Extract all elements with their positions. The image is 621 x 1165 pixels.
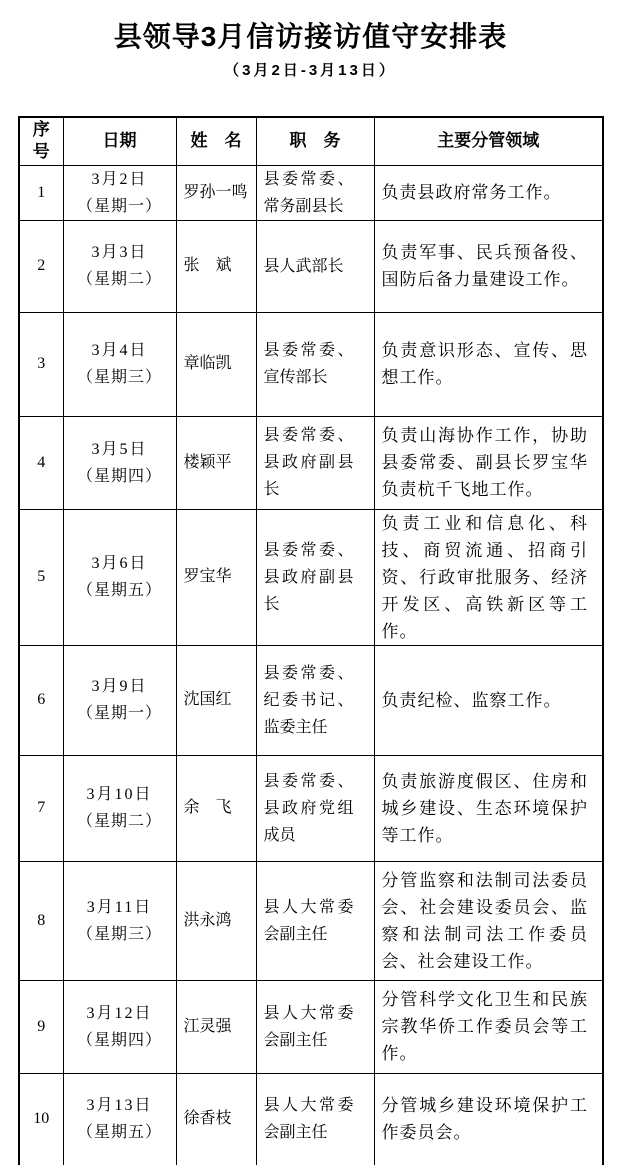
officer-position: 县委常委、宣传部长 (256, 312, 374, 416)
page-subtitle: （3月2日-3月13日） (0, 61, 621, 81)
weekday-text: （星期四） (66, 1027, 174, 1054)
table-row: 1 3月2日（星期一） 罗孙一鸣 县委常委、常务副县长 负责县政府常务工作。 (19, 165, 603, 220)
date-text: 3月6日 (66, 550, 174, 577)
officer-name: 罗孙一鸣 (176, 165, 256, 220)
row-index: 9 (19, 980, 63, 1073)
row-index: 4 (19, 416, 63, 509)
officer-name: 章临凯 (176, 312, 256, 416)
weekday-text: （星期四） (66, 463, 174, 490)
officer-position: 县人大常委会副主任 (256, 1073, 374, 1165)
weekday-text: （星期五） (66, 577, 174, 604)
officer-name: 徐香枝 (176, 1073, 256, 1165)
date-text: 3月4日 (66, 337, 174, 364)
table-row: 9 3月12日（星期四） 江灵强 县人大常委会副主任 分管科学文化卫生和民族宗教… (19, 980, 603, 1073)
date-text: 3月3日 (66, 239, 174, 266)
duty-date: 3月9日（星期一） (63, 645, 176, 755)
officer-name: 余 飞 (176, 755, 256, 861)
weekday-text: （星期三） (66, 364, 174, 391)
duty-date: 3月3日（星期二） (63, 220, 176, 312)
date-text: 3月11日 (66, 894, 174, 921)
officer-name: 楼颖平 (176, 416, 256, 509)
officer-position: 县委常委、县政府副县长 (256, 509, 374, 645)
header-no: 序号 (19, 117, 63, 165)
officer-position: 县人大常委会副主任 (256, 980, 374, 1073)
table-row: 2 3月3日（星期二） 张 斌 县人武部长 负责军事、民兵预备役、国防后备力量建… (19, 220, 603, 312)
table-row: 7 3月10日（星期二） 余 飞 县委常委、县政府党组成员 负责旅游度假区、住房… (19, 755, 603, 861)
officer-duty: 负责县政府常务工作。 (374, 165, 603, 220)
table-row: 3 3月4日（星期三） 章临凯 县委常委、宣传部长 负责意识形态、宣传、思想工作… (19, 312, 603, 416)
header-position: 职 务 (256, 117, 374, 165)
header-date: 日期 (63, 117, 176, 165)
row-index: 1 (19, 165, 63, 220)
row-index: 10 (19, 1073, 63, 1165)
officer-position: 县委常委、县政府副县长 (256, 416, 374, 509)
table-row: 5 3月6日（星期五） 罗宝华 县委常委、县政府副县长 负责工业和信息化、科技、… (19, 509, 603, 645)
officer-position: 县委常委、常务副县长 (256, 165, 374, 220)
duty-date: 3月2日（星期一） (63, 165, 176, 220)
officer-position: 县人武部长 (256, 220, 374, 312)
header-duty: 主要分管领域 (374, 117, 603, 165)
officer-position: 县委常委、县政府党组成员 (256, 755, 374, 861)
officer-duty: 负责纪检、监察工作。 (374, 645, 603, 755)
table-row: 6 3月9日（星期一） 沈国红 县委常委、纪委书记、监委主任 负责纪检、监察工作… (19, 645, 603, 755)
officer-name: 江灵强 (176, 980, 256, 1073)
officer-name: 罗宝华 (176, 509, 256, 645)
duty-schedule-table: 序号 日期 姓 名 职 务 主要分管领域 1 3月2日（星期一） 罗孙一鸣 县委… (18, 116, 604, 1165)
duty-date: 3月5日（星期四） (63, 416, 176, 509)
date-text: 3月13日 (66, 1092, 174, 1119)
header-row: 序号 日期 姓 名 职 务 主要分管领域 (19, 117, 603, 165)
row-index: 8 (19, 861, 63, 980)
table-row: 10 3月13日（星期五） 徐香枝 县人大常委会副主任 分管城乡建设环境保护工作… (19, 1073, 603, 1165)
officer-duty: 负责旅游度假区、住房和城乡建设、生态环境保护等工作。 (374, 755, 603, 861)
officer-duty: 负责军事、民兵预备役、国防后备力量建设工作。 (374, 220, 603, 312)
row-index: 3 (19, 312, 63, 416)
document-page: 县领导3月信访接访值守安排表 （3月2日-3月13日） 序号 日期 姓 名 职 … (0, 0, 621, 1165)
officer-duty: 分管城乡建设环境保护工作委员会。 (374, 1073, 603, 1165)
weekday-text: （星期二） (66, 808, 174, 835)
date-text: 3月2日 (66, 166, 174, 193)
officer-name: 沈国红 (176, 645, 256, 755)
officer-duty: 分管科学文化卫生和民族宗教华侨工作委员会等工作。 (374, 980, 603, 1073)
officer-duty: 负责工业和信息化、科技、商贸流通、招商引资、行政审批服务、经济开发区、高铁新区等… (374, 509, 603, 645)
header-name: 姓 名 (176, 117, 256, 165)
table-row: 4 3月5日（星期四） 楼颖平 县委常委、县政府副县长 负责山海协作工作，协助县… (19, 416, 603, 509)
officer-name: 洪永鸿 (176, 861, 256, 980)
table-row: 8 3月11日（星期三） 洪永鸿 县人大常委会副主任 分管监察和法制司法委员会、… (19, 861, 603, 980)
weekday-text: （星期一） (66, 700, 174, 727)
duty-date: 3月11日（星期三） (63, 861, 176, 980)
weekday-text: （星期五） (66, 1119, 174, 1146)
date-text: 3月12日 (66, 1000, 174, 1027)
officer-duty: 负责意识形态、宣传、思想工作。 (374, 312, 603, 416)
duty-date: 3月13日（星期五） (63, 1073, 176, 1165)
officer-duty: 负责山海协作工作，协助县委常委、副县长罗宝华负责杭千飞地工作。 (374, 416, 603, 509)
date-text: 3月9日 (66, 673, 174, 700)
duty-date: 3月4日（星期三） (63, 312, 176, 416)
page-title: 县领导3月信访接访值守安排表 (0, 0, 621, 54)
weekday-text: （星期一） (66, 193, 174, 220)
row-index: 6 (19, 645, 63, 755)
officer-position: 县人大常委会副主任 (256, 861, 374, 980)
duty-date: 3月10日（星期二） (63, 755, 176, 861)
duty-date: 3月6日（星期五） (63, 509, 176, 645)
duty-date: 3月12日（星期四） (63, 980, 176, 1073)
row-index: 7 (19, 755, 63, 861)
weekday-text: （星期三） (66, 921, 174, 948)
officer-duty: 分管监察和法制司法委员会、社会建设委员会、监察和法制司法工作委员会、社会建设工作… (374, 861, 603, 980)
officer-position: 县委常委、纪委书记、监委主任 (256, 645, 374, 755)
row-index: 2 (19, 220, 63, 312)
row-index: 5 (19, 509, 63, 645)
date-text: 3月5日 (66, 436, 174, 463)
date-text: 3月10日 (66, 781, 174, 808)
officer-name: 张 斌 (176, 220, 256, 312)
weekday-text: （星期二） (66, 266, 174, 293)
